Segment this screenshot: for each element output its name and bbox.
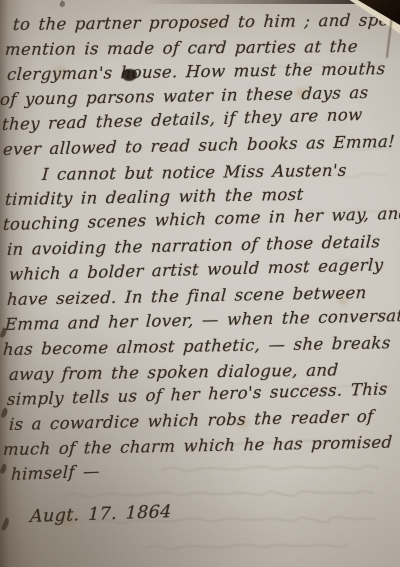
manuscript-photo: to the partner proposed to him ; and spe… bbox=[0, 0, 400, 567]
manuscript-page: to the partner proposed to him ; and spe… bbox=[0, 0, 400, 567]
date-line: Augt. 17. 1864 bbox=[30, 492, 400, 530]
handwritten-text: to the partner proposed to him ; and spe… bbox=[0, 12, 400, 530]
manuscript-line: to the partner proposed to him ; and spe… bbox=[12, 7, 400, 37]
top-edge-shadow bbox=[0, 0, 400, 4]
